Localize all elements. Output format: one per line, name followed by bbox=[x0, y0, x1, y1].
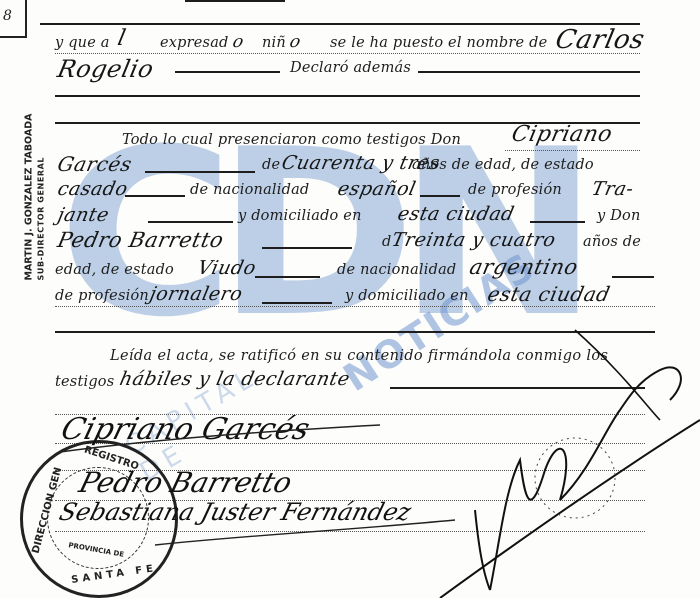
document-page: CDN NOTICIAS CAPITAL DE 8 y que a l expr… bbox=[0, 0, 700, 598]
official-signature bbox=[0, 0, 700, 598]
